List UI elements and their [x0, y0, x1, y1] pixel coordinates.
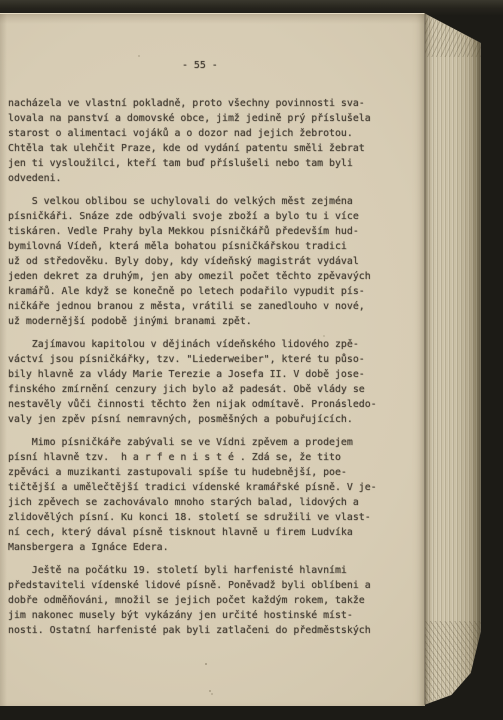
text-line: jim nakonec musely být vykázány jen urči…	[8, 608, 412, 623]
text-line: Ještě na počátku 19. století byli harfen…	[8, 563, 412, 578]
text-line: Zajímavou kapitolou v dějinách vídeňskéh…	[8, 337, 412, 352]
text-line: nestavěly vůči činnosti těchto žen nijak…	[8, 397, 412, 412]
text-line: zlidovělých písní. Ku konci 18. století …	[8, 510, 412, 525]
text-line: nosti. Ostatní harfenisté pak byli zatla…	[8, 623, 412, 638]
text-line: Chtěla tak ulehčit Praze, kde od vydání …	[8, 141, 412, 156]
text-line: ní cech, který dával písně tisknout hlav…	[8, 525, 412, 540]
scan-speck	[205, 663, 207, 665]
text-line: jich zpěvech se zachovávalo mnoho starýc…	[8, 495, 412, 510]
text-line: písničkáři. Snáze zde odbývali svoje zbo…	[8, 209, 412, 224]
text-line: finského zmírnění cenzury jich bylo až p…	[8, 382, 412, 397]
paragraph: nacházela ve vlastní pokladně, proto vše…	[8, 96, 412, 186]
page-text: nacházela ve vlastní pokladně, proto vše…	[8, 96, 412, 638]
paragraph: Ještě na počátku 19. století byli harfen…	[8, 563, 412, 638]
text-line: dobře odměňováni, množil se jejich počet…	[8, 593, 412, 608]
text-line: odvedeni.	[8, 171, 412, 186]
text-line: Mimo písničkáře zabývali se ve Vídni zpě…	[8, 435, 412, 450]
text-line: valy jen zpěv písní nemravných, posměšný…	[8, 412, 412, 427]
text-line: už modernější podobě jinými branami zpět…	[8, 314, 412, 329]
book-fore-edge	[424, 13, 481, 705]
text-line: Mansbergera a Ignáce Edera.	[8, 540, 412, 555]
text-line: jen ti vysloužilci, kteří tam buď příslu…	[8, 156, 412, 171]
text-line: představiteli vídenské lidové písně. Pon…	[8, 578, 412, 593]
page-number: - 55 -	[182, 58, 412, 73]
text-line: kramářů. Ale když se konečně po letech p…	[8, 284, 412, 299]
paragraph: Mimo písničkáře zabývali se ve Vídni zpě…	[8, 435, 412, 555]
paragraph: Zajímavou kapitolou v dějinách vídeňskéh…	[8, 337, 412, 427]
text-line: už od středověku. Byly doby, kdy vídeňsk…	[8, 254, 412, 269]
text-line: nacházela ve vlastní pokladně, proto vše…	[8, 96, 412, 111]
book-page: - 55 - nacházela ve vlastní pokladně, pr…	[0, 13, 425, 706]
page-content: - 55 - nacházela ve vlastní pokladně, pr…	[8, 58, 412, 646]
text-line: písní hlavně tzv. h a r f e n i s t é . …	[8, 450, 412, 465]
paragraph: S velkou oblibou se uchylovali do velkýc…	[8, 194, 412, 329]
book-scan: - 55 - nacházela ve vlastní pokladně, pr…	[0, 0, 503, 720]
text-line: bymilovná Vídeň, která měla bohatou písn…	[8, 239, 412, 254]
text-line: ničkáře jednou branou z města, vrátili s…	[8, 299, 412, 314]
text-line: lovala na panství a domovské obce, jimž …	[8, 111, 412, 126]
text-line: jeden dekret za druhým, jen aby omezil p…	[8, 269, 412, 284]
text-line: tiskáren. Vedle Prahy byla Mekkou písnič…	[8, 224, 412, 239]
text-line: váctví jsou písničkářky, tzv. "Liederwei…	[8, 352, 412, 367]
text-line: S velkou oblibou se uchylovali do velkýc…	[8, 194, 412, 209]
text-line: bily hlavně za vlády Marie Terezie a Jos…	[8, 367, 412, 382]
text-line: zpěváci a muzikanti zastupovali spíše tu…	[8, 465, 412, 480]
text-line: starost o alimentaci vojáků a o dozor na…	[8, 126, 412, 141]
text-line: tičtější a umělečtější tradici vídenské …	[8, 480, 412, 495]
